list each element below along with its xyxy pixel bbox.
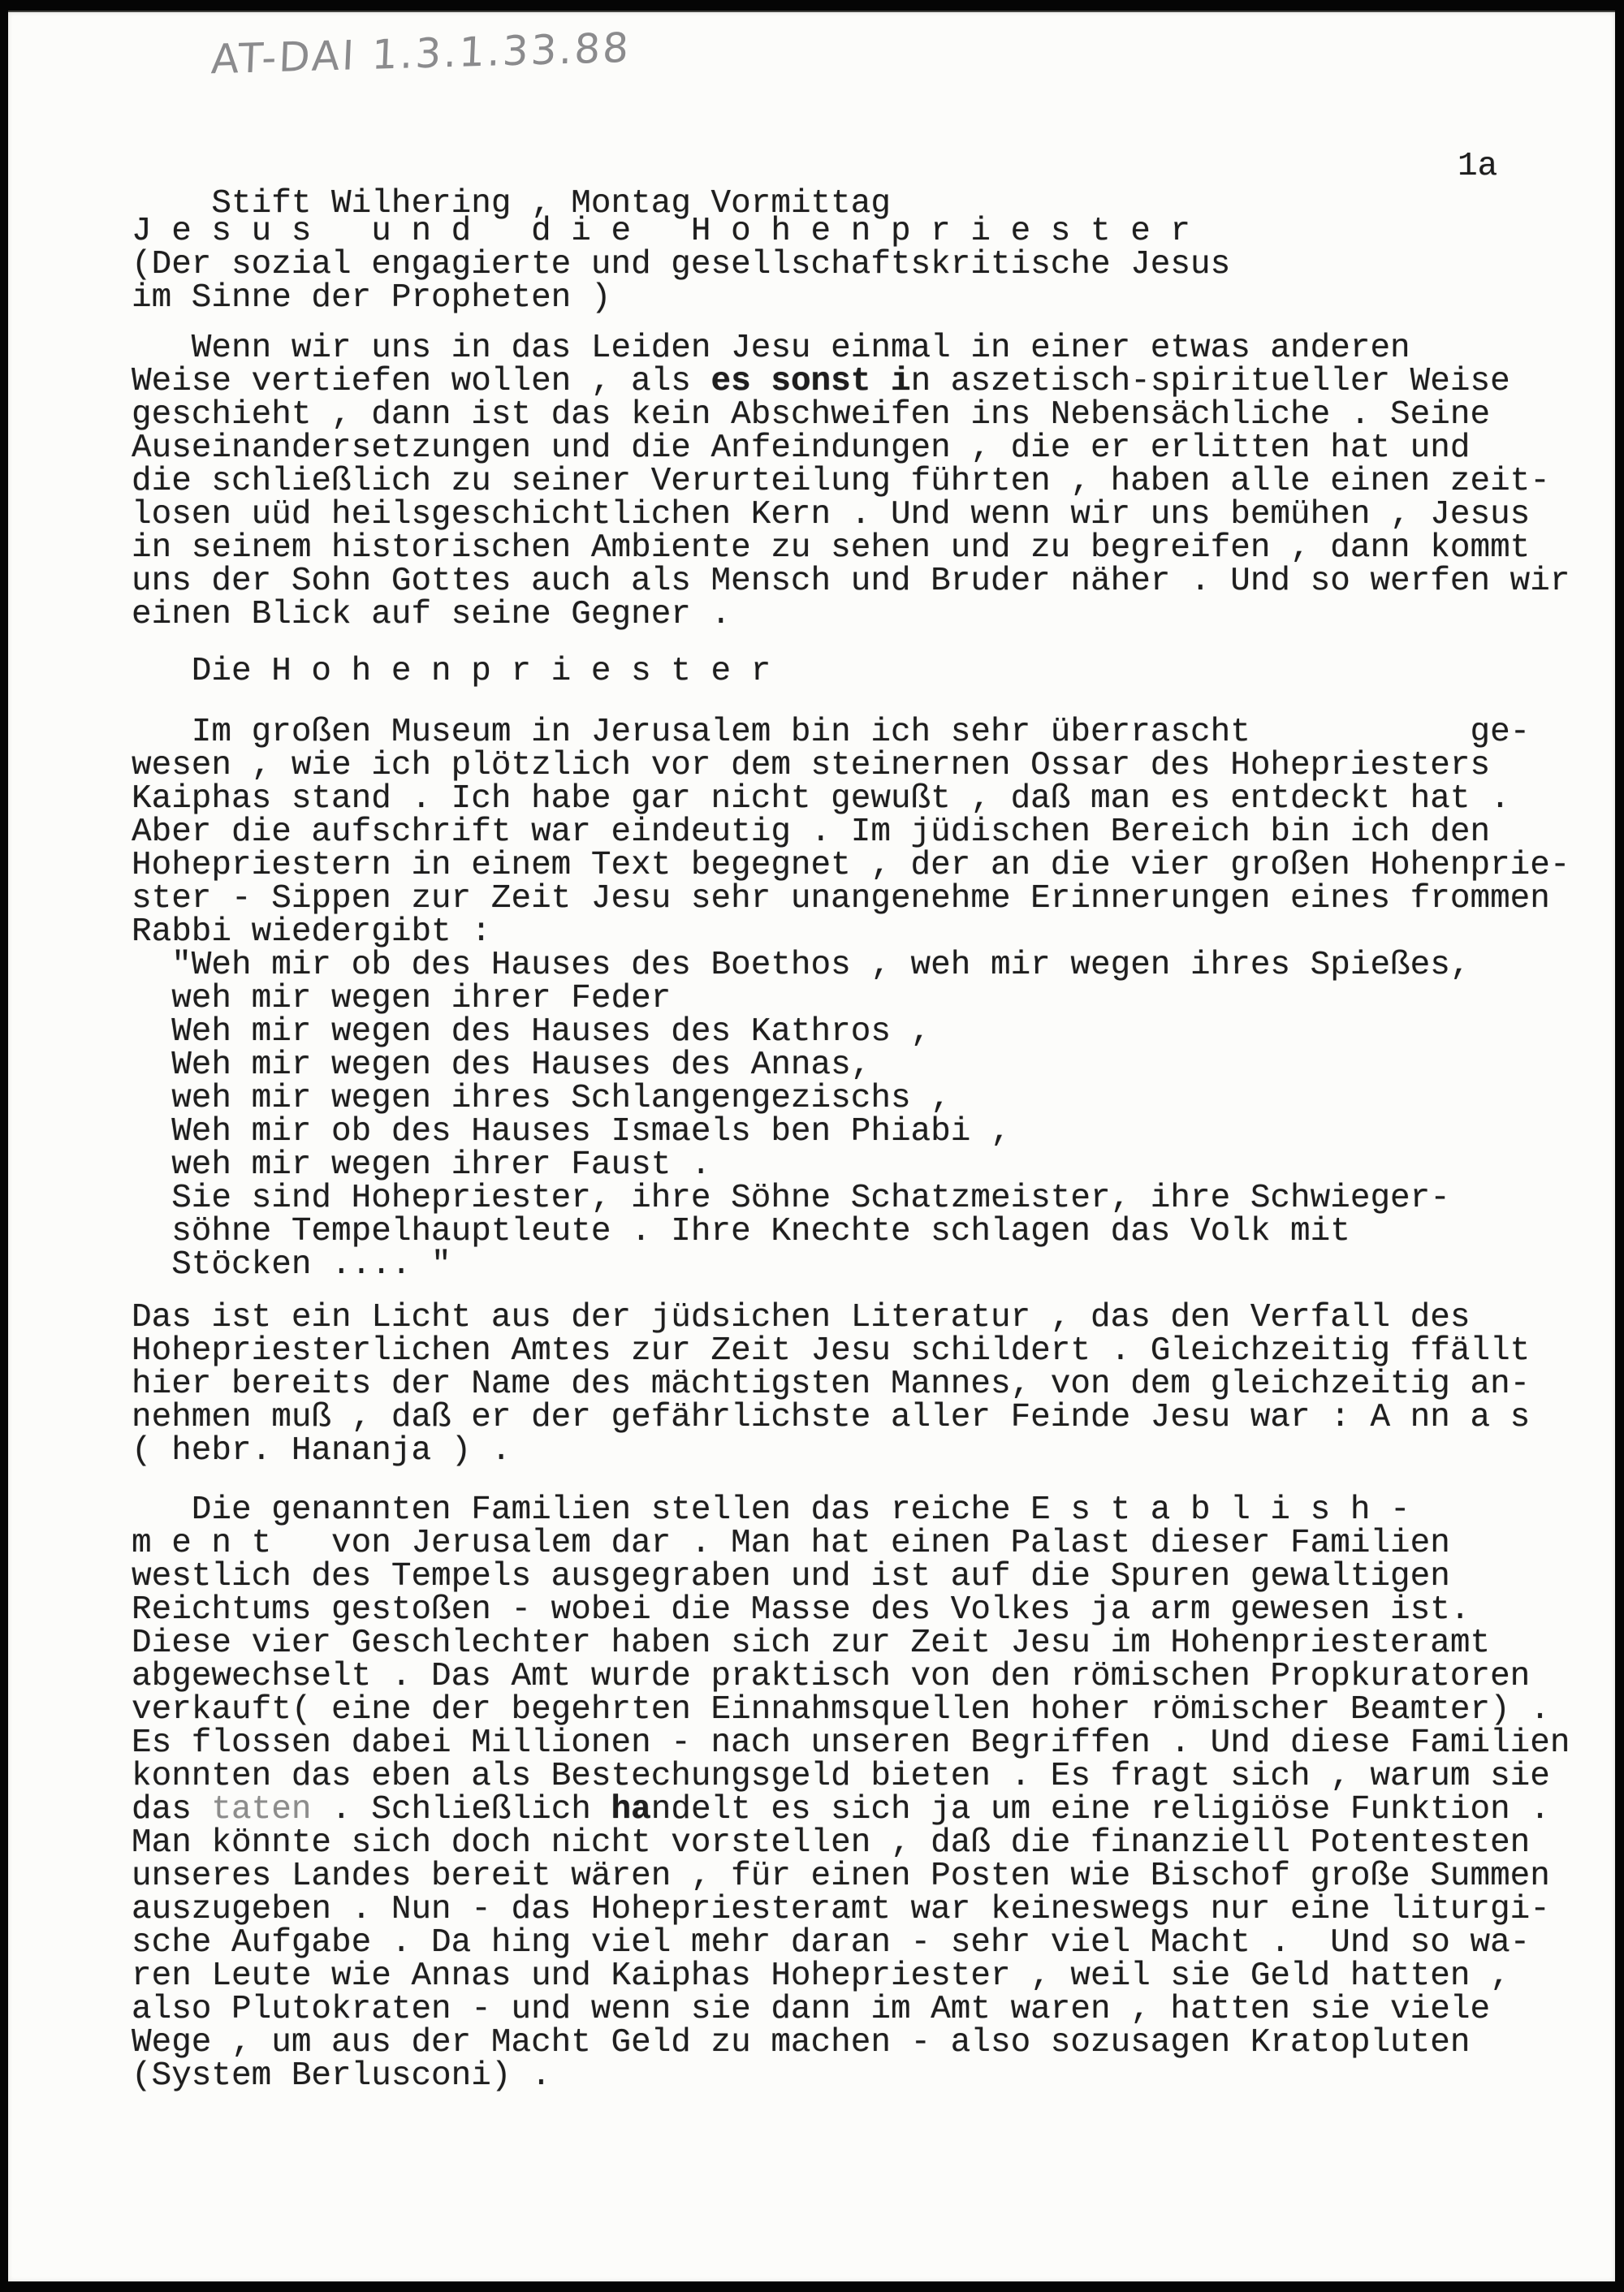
text-line: Man könnte sich doch nicht vorstellen , … — [132, 1827, 1570, 1860]
page-number: 1a — [1458, 148, 1497, 185]
section-heading: Die H o h e n p r i e s t e r — [132, 655, 1570, 688]
text-line: Wenn wir uns in das Leiden Jesu einmal i… — [132, 332, 1570, 365]
text-line: Hohepriesterlichen Amtes zur Zeit Jesu s… — [132, 1335, 1570, 1368]
text-line: ( hebr. Hananja ) . — [132, 1435, 1570, 1468]
text-line: hier bereits der Name des mächtigsten Ma… — [132, 1368, 1570, 1401]
text-line: Reichtums gestoßen - wobei die Masse des… — [132, 1594, 1570, 1627]
text-line: auszugeben . Nun - das Hohepriesteramt w… — [132, 1893, 1570, 1927]
text-line: sche Aufgabe . Da hing viel mehr daran -… — [132, 1927, 1570, 1960]
title-line: (Der sozial engagierte und gesellschafts… — [132, 248, 1570, 282]
text-line: ster - Sippen zur Zeit Jesu sehr unangen… — [132, 883, 1570, 916]
quote-line: Weh mir ob des Hauses Ismaels ben Phiabi… — [132, 1116, 1570, 1149]
text-line: Wege , um aus der Macht Geld zu machen -… — [132, 2027, 1570, 2060]
document-page: AT-DAI 1.3.1.33.88 Stift Wilhering , Mon… — [8, 11, 1615, 2281]
title-line: J e s u s u n d d i e H o h e n p r i e … — [132, 215, 1570, 248]
text-line: das taten . Schließlich handelt es sich … — [132, 1793, 1570, 1827]
text-line: Diese vier Geschlechter haben sich zur Z… — [132, 1627, 1570, 1660]
text-line: losen uüd heilsgeschichtlichen Kern . Un… — [132, 499, 1570, 532]
quote-line: Sie sind Hohepriester, ihre Söhne Schatz… — [132, 1182, 1570, 1215]
text-line: unseres Landes bereit wären , für einen … — [132, 1860, 1570, 1893]
text-line: die schließlich zu seiner Verurteilung f… — [132, 465, 1570, 499]
text-line: Hohepriestern in einem Text begegnet , d… — [132, 849, 1570, 883]
spacer — [132, 688, 1570, 716]
text-line: westlich des Tempels ausgegraben und ist… — [132, 1560, 1570, 1594]
quote-line: weh mir wegen ihres Schlangengezischs , — [132, 1082, 1570, 1116]
text-line: Es flossen dabei Millionen - nach unsere… — [132, 1727, 1570, 1760]
quote-line: Weh mir wegen des Hauses des Annas, — [132, 1049, 1570, 1082]
text-line: verkauft( eine der begehrten Einnahmsque… — [132, 1694, 1570, 1727]
spacer — [132, 632, 1570, 655]
text-line: Die genannten Familien stellen das reich… — [132, 1494, 1570, 1527]
text-line: nehmen muß , daß er der gefährlichste al… — [132, 1401, 1570, 1435]
text-line: Im großen Museum in Jerusalem bin ich se… — [132, 716, 1570, 749]
text-line: m e n t von Jerusalem dar . Man hat eine… — [132, 1527, 1570, 1560]
text-line: also Plutokraten - und wenn sie dann im … — [132, 1993, 1570, 2027]
text-line: einen Blick auf seine Gegner . — [132, 598, 1570, 632]
text-line: uns der Sohn Gottes auch als Mensch und … — [132, 565, 1570, 598]
quote-line: Weh mir wegen des Hauses des Kathros , — [132, 1016, 1570, 1049]
document-body: J e s u s u n d d i e H o h e n p r i e … — [132, 215, 1570, 2093]
text-line: (System Berlusconi) . — [132, 2060, 1570, 2093]
quote-line: Stöcken .... " — [132, 1249, 1570, 1282]
text-line: wesen , wie ich plötzlich vor dem steine… — [132, 749, 1570, 783]
text-line: Weise vertiefen wollen , als es sonst in… — [132, 365, 1570, 399]
text-line: Das ist ein Licht aus der jüdsichen Lite… — [132, 1301, 1570, 1335]
quote-line: "Weh mir ob des Hauses des Boethos , weh… — [132, 949, 1570, 982]
text-line: ren Leute wie Annas und Kaiphas Hoheprie… — [132, 1960, 1570, 1993]
archive-annotation-handwritten: AT-DAI 1.3.1.33.88 — [210, 24, 632, 84]
text-line: Aber die aufschrift war eindeutig . Im j… — [132, 816, 1570, 849]
quote-line: weh mir wegen ihrer Feder — [132, 982, 1570, 1016]
quote-line: weh mir wegen ihrer Faust . — [132, 1149, 1570, 1182]
text-line: Kaiphas stand . Ich habe gar nicht gewuß… — [132, 783, 1570, 816]
text-line: Rabbi wiedergibt : — [132, 916, 1570, 949]
text-line: geschieht , dann ist das kein Abschweife… — [132, 399, 1570, 432]
text-line: Auseinandersetzungen und die Anfeindunge… — [132, 432, 1570, 465]
quote-line: söhne Tempelhauptleute . Ihre Knechte sc… — [132, 1215, 1570, 1249]
text-line: abgewechselt . Das Amt wurde praktisch v… — [132, 1660, 1570, 1694]
title-line: im Sinne der Propheten ) — [132, 282, 1570, 315]
spacer — [132, 1468, 1570, 1494]
text-line: konnten das eben als Bestechungsgeld bie… — [132, 1760, 1570, 1793]
text-line: in seinem historischen Ambiente zu sehen… — [132, 532, 1570, 565]
